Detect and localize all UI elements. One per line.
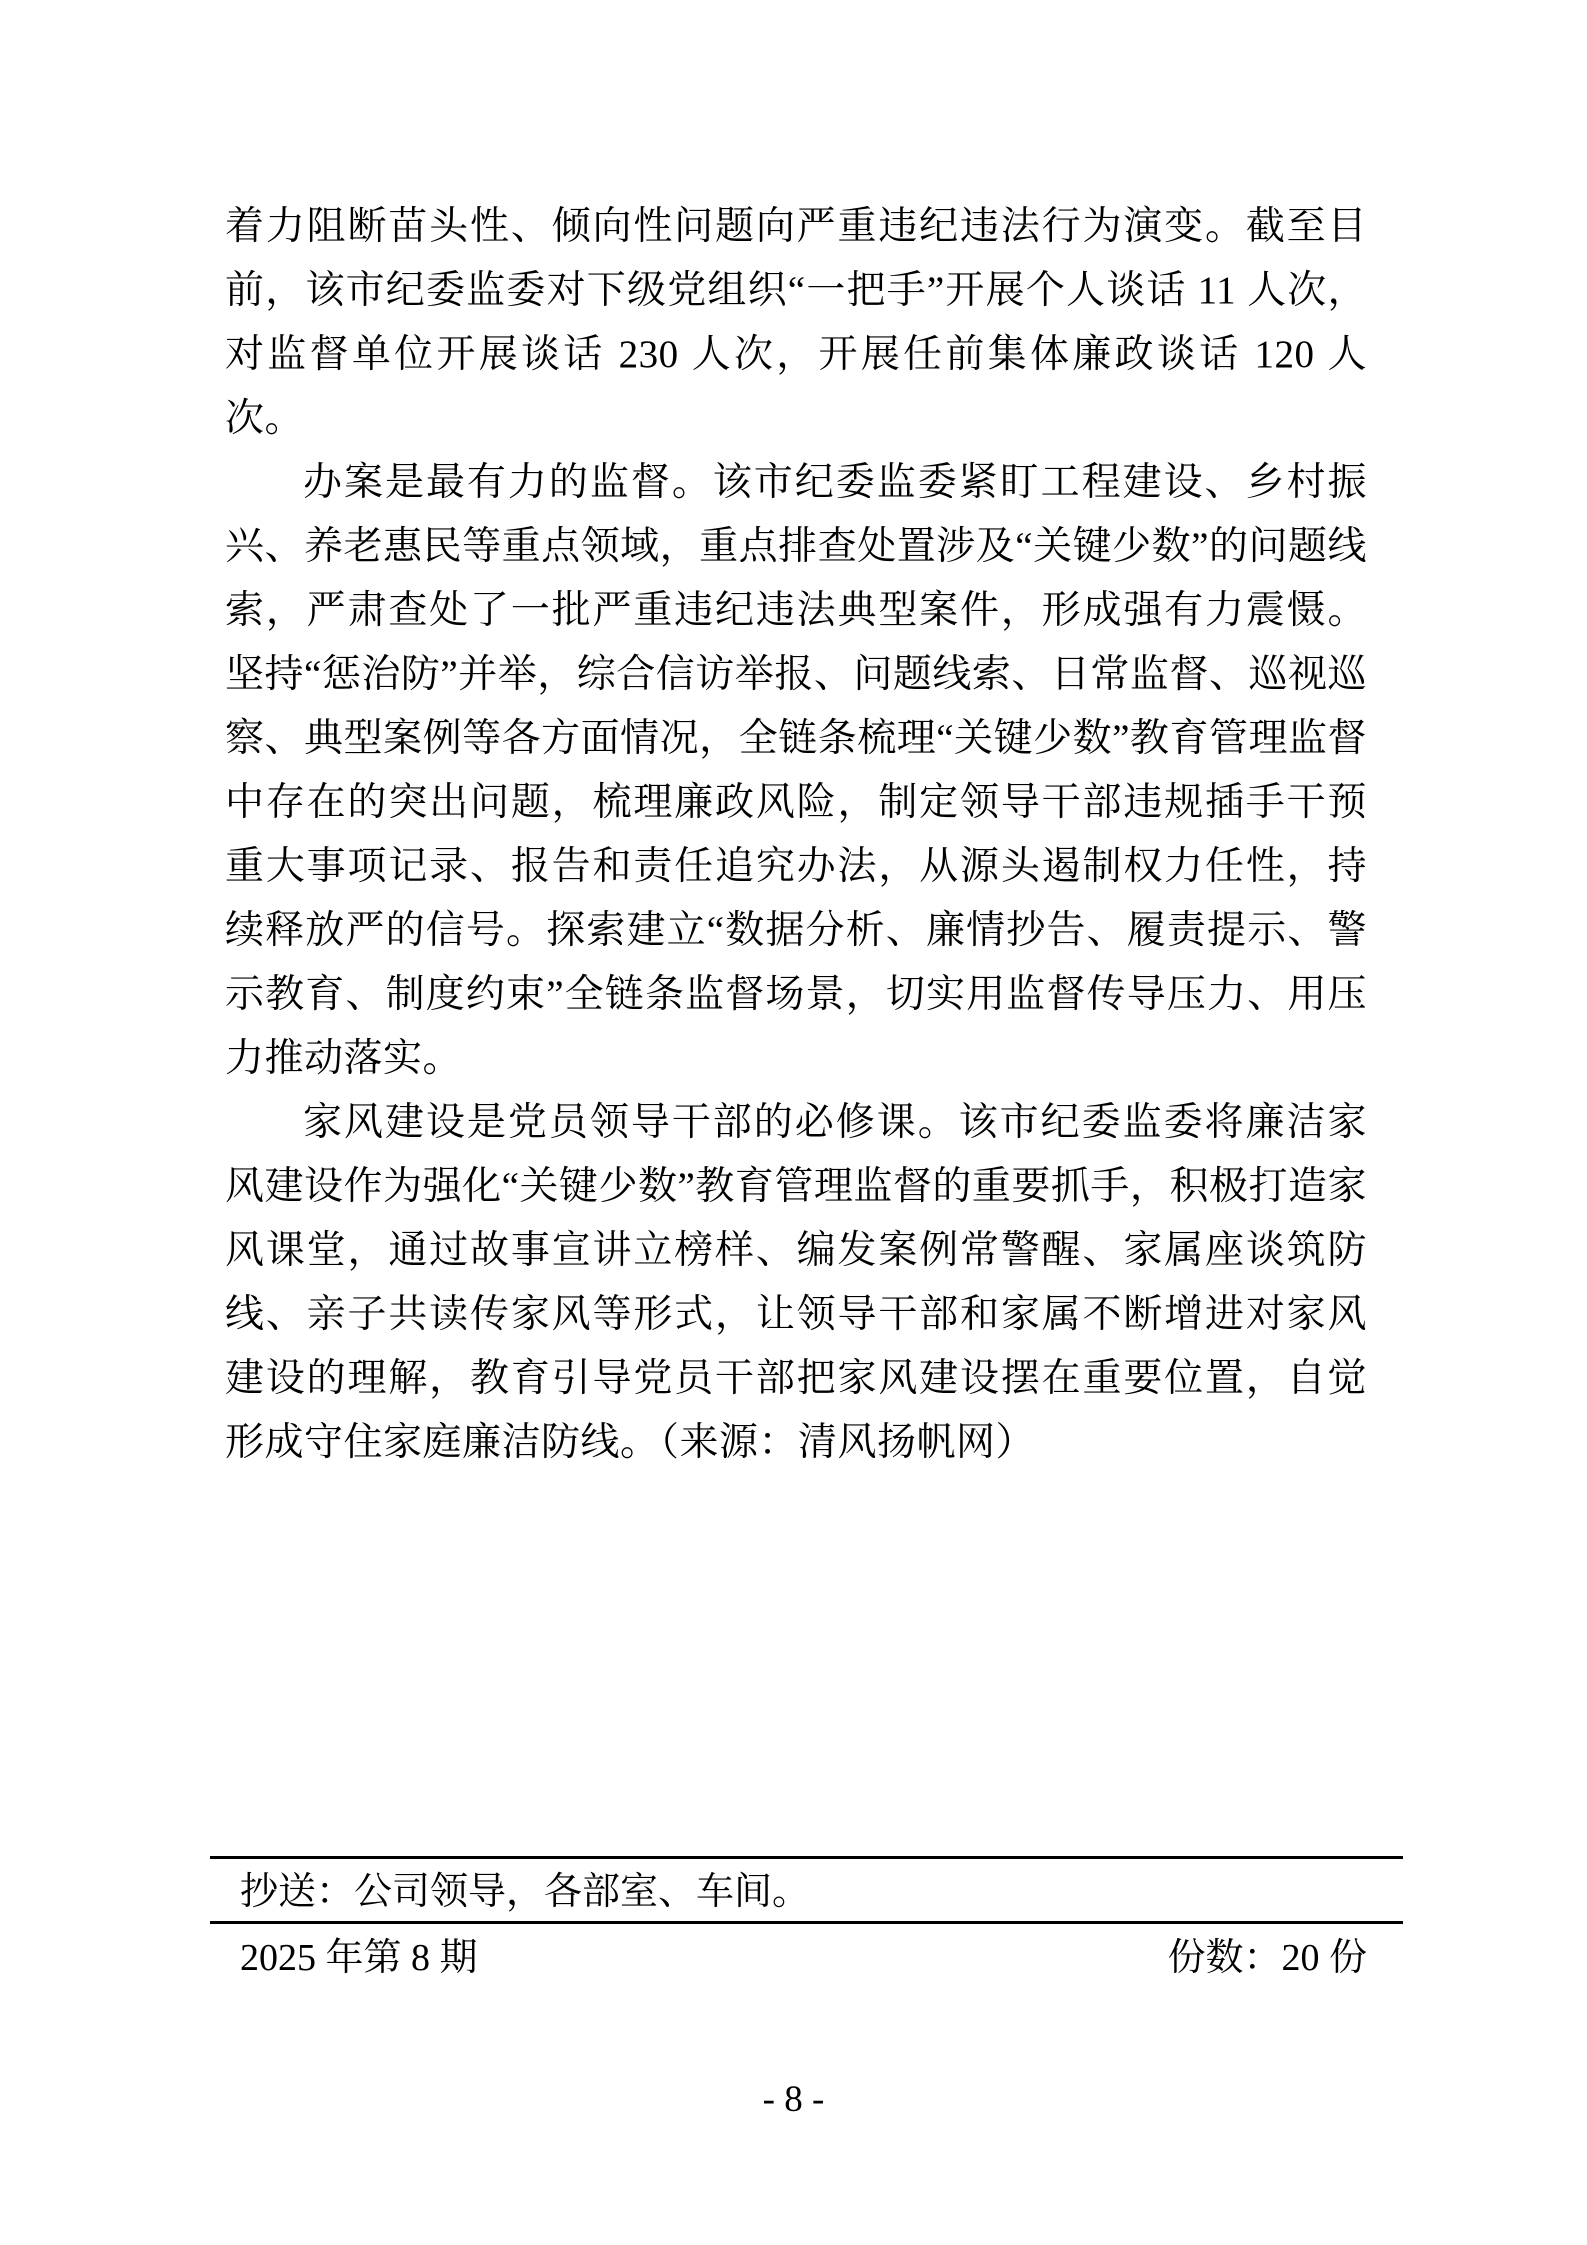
page-number: - 8 - (0, 2078, 1587, 2122)
footer-issue-row: 2025 年第 8 期 份数：20 份 (240, 1928, 1367, 1988)
body-paragraph-2: 办案是最有力的监督。该市纪委监委紧盯工程建设、乡村振兴、养老惠民等重点领域，重点… (225, 451, 1367, 1091)
document-page: 着力阻断苗头性、倾向性问题向严重违纪违法行为演变。截至目前，该市纪委监委对下级党… (0, 0, 1587, 2245)
body-paragraph-1: 着力阻断苗头性、倾向性问题向严重违纪违法行为演变。截至目前，该市纪委监委对下级党… (225, 195, 1367, 451)
document-body: 着力阻断苗头性、倾向性问题向严重违纪违法行为演变。截至目前，该市纪委监委对下级党… (225, 195, 1367, 1475)
copy-to-line: 抄送：公司领导，各部室、车间。 (240, 1864, 1367, 1920)
footer-divider-bottom (210, 1921, 1403, 1924)
body-paragraph-3: 家风建设是党员领导干部的必修课。该市纪委监委将廉洁家风建设作为强化“关键少数”教… (225, 1091, 1367, 1475)
footer-divider-top (210, 1856, 1403, 1859)
copies-count: 份数：20 份 (1167, 1928, 1367, 1988)
issue-number: 2025 年第 8 期 (240, 1928, 478, 1988)
